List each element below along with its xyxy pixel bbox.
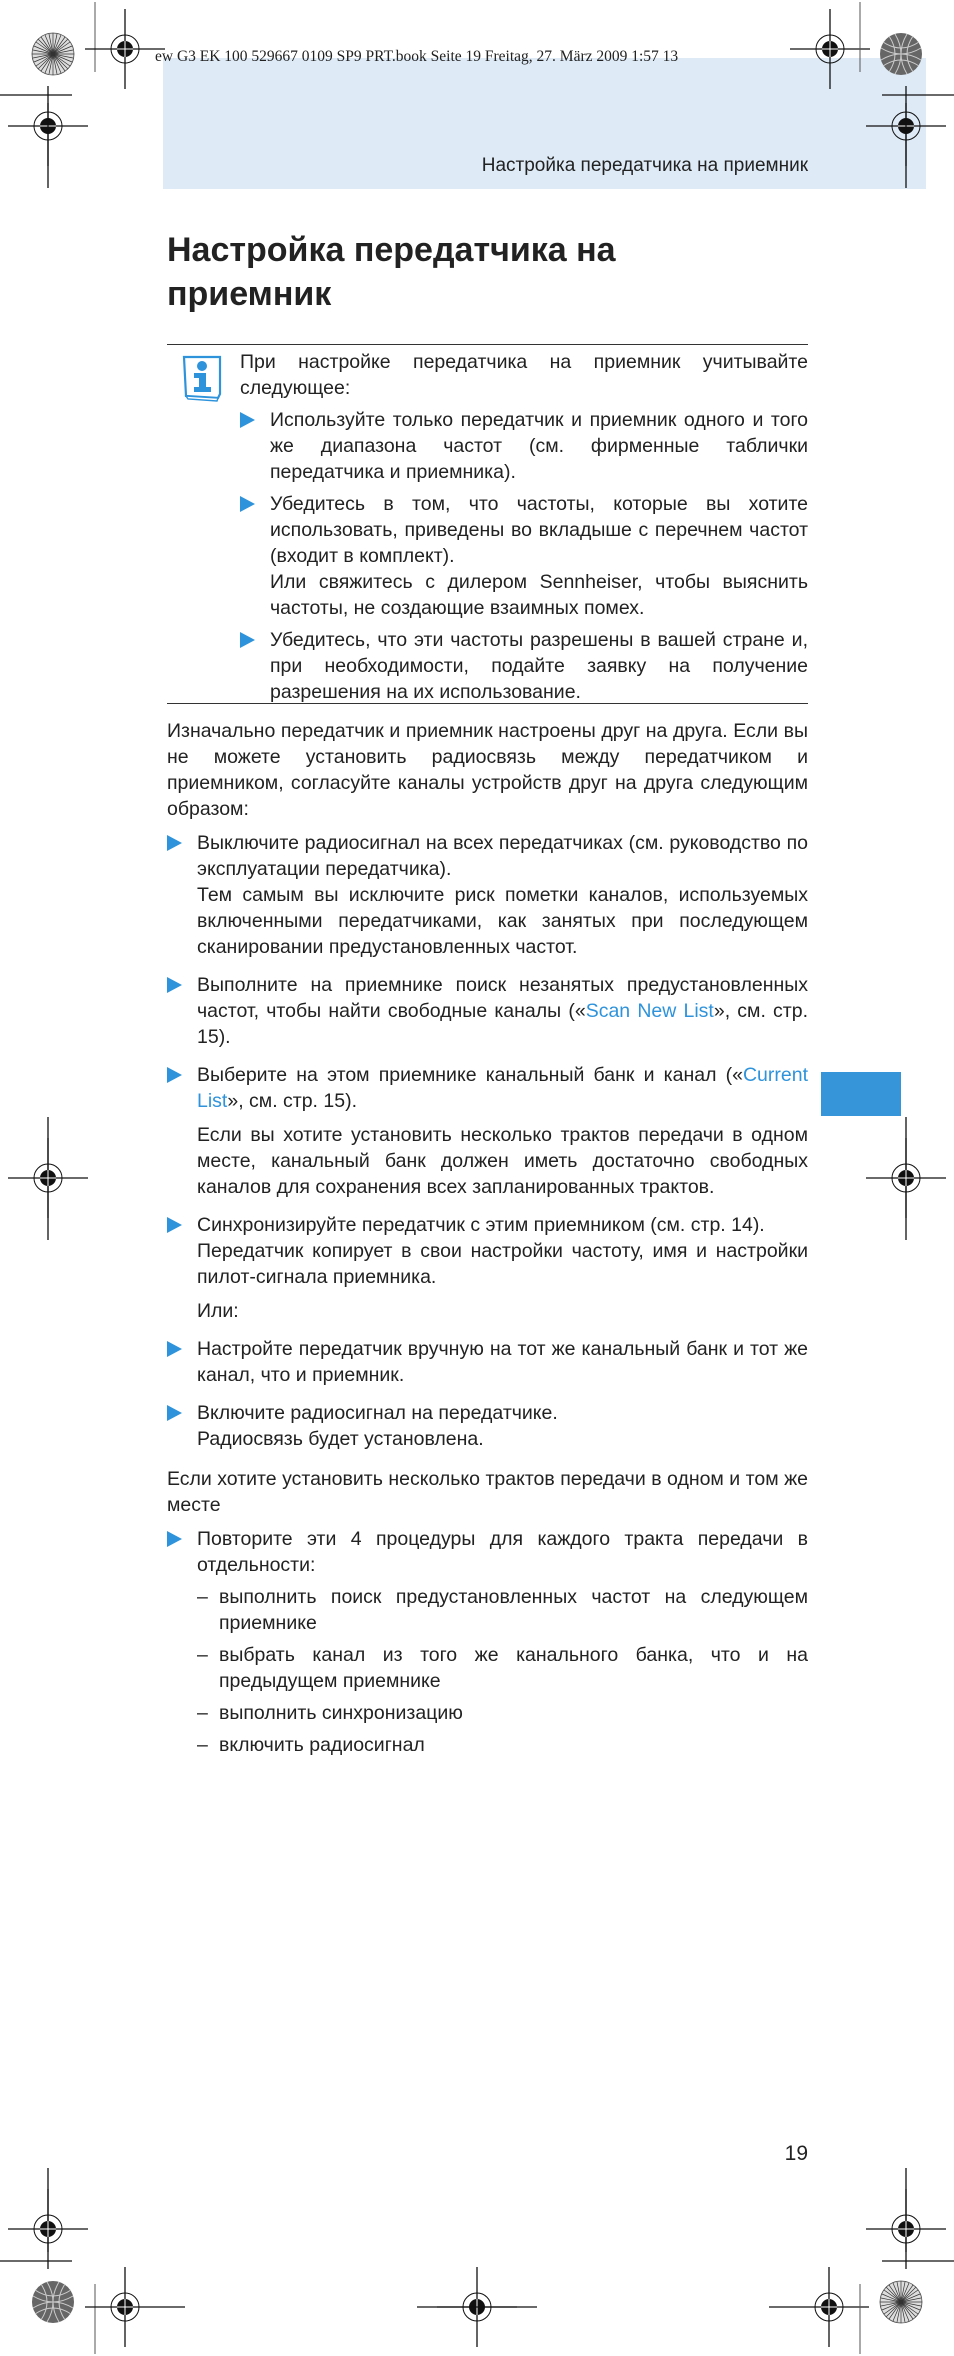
print-registration-marks — [0, 0, 954, 2356]
